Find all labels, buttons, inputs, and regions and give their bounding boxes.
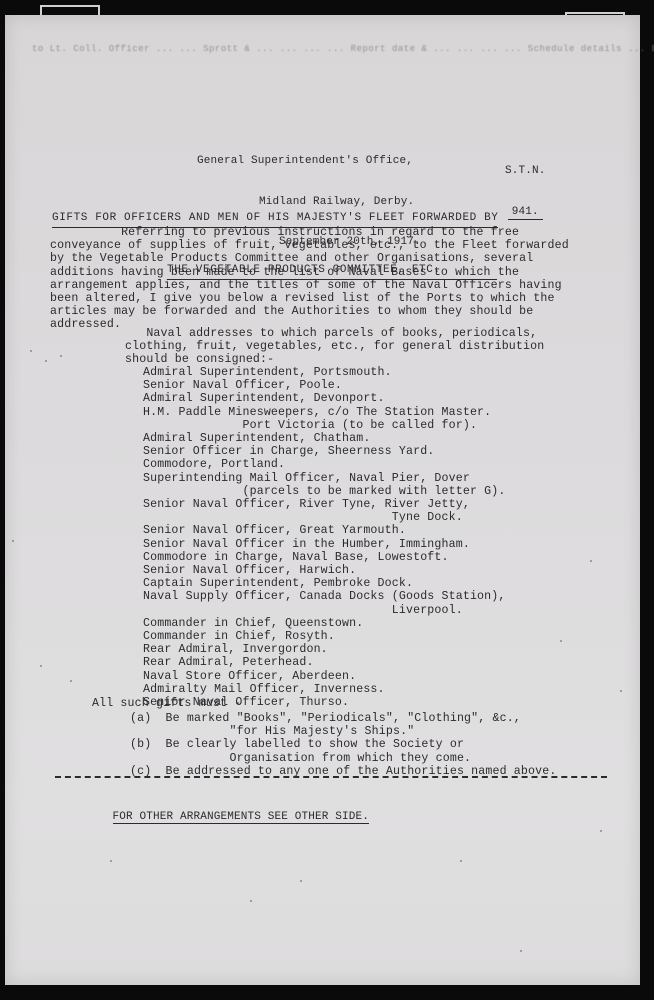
- address-item: Senior Naval Officer, Poole.: [143, 379, 505, 392]
- rule-item: Organisation from which they come.: [130, 752, 556, 765]
- address-item: H.M. Paddle Minesweepers, c/o The Statio…: [143, 406, 505, 419]
- rule-item: "for His Majesty's Ships.": [130, 725, 556, 738]
- intro-line: Naval addresses to which parcels of book…: [125, 327, 544, 340]
- reference-label: S.T.N.: [505, 165, 546, 179]
- address-item: Admiralty Mail Officer, Inverness.: [143, 683, 505, 696]
- address-item: (parcels to be marked with letter G).: [143, 485, 505, 498]
- paper-speck: [30, 350, 32, 352]
- reference-number: 941.: [508, 206, 543, 221]
- address-item: Commander in Chief, Queenstown.: [143, 617, 505, 630]
- rule-item: (a) Be marked "Books", "Periodicals", "C…: [130, 712, 556, 725]
- office-line: General Superintendent's Office,: [197, 155, 421, 169]
- paper-speck: [480, 300, 482, 302]
- gifts-heading: All such gifts must -: [92, 697, 241, 710]
- intro-line: clothing, fruit, vegetables, etc., for g…: [125, 340, 544, 353]
- paragraph-line: conveyance of supplies of fruit, vegetab…: [50, 239, 569, 252]
- address-item: Captain Superintendent, Pembroke Dock.: [143, 577, 505, 590]
- paper-speck: [40, 665, 42, 667]
- paper-speck: [520, 950, 522, 952]
- paragraph-line: Referring to previous instructions in re…: [50, 226, 569, 239]
- address-item: Superintending Mail Officer, Naval Pier,…: [143, 472, 505, 485]
- rule-item: (b) Be clearly labelled to show the Soci…: [130, 738, 556, 751]
- address-item: Port Victoria (to be called for).: [143, 419, 505, 432]
- paper-speck: [590, 560, 592, 562]
- paragraph-line: articles may be forwarded and the Author…: [50, 305, 569, 318]
- paragraph-line: been altered, I give you below a revised…: [50, 292, 569, 305]
- address-item: Admiral Superintendent, Chatham.: [143, 432, 505, 445]
- paper-speck: [12, 540, 14, 542]
- address-item: Admiral Superintendent, Portsmouth.: [143, 366, 505, 379]
- address-item: Tyne Dock.: [143, 511, 505, 524]
- address-item: Senior Naval Officer, River Tyne, River …: [143, 498, 505, 511]
- address-list: Admiral Superintendent, Portsmouth.Senio…: [143, 366, 505, 709]
- paper-speck: [620, 690, 622, 692]
- address-item: Rear Admiral, Peterhead.: [143, 656, 505, 669]
- paper-speck: [70, 680, 72, 682]
- address-item: Commodore, Portland.: [143, 458, 505, 471]
- address-item: Senior Naval Officer, Great Yarmouth.: [143, 524, 505, 537]
- address-item: Senior Officer in Charge, Sheerness Yard…: [143, 445, 505, 458]
- addresses-intro: Naval addresses to which parcels of book…: [125, 327, 544, 367]
- address-item: Naval Supply Officer, Canada Docks (Good…: [143, 590, 505, 603]
- intro-line: should be consigned:-: [125, 353, 544, 366]
- footer-text: FOR OTHER ARRANGEMENTS SEE OTHER SIDE.: [113, 811, 370, 824]
- paragraph-line: additions having been made to the list o…: [50, 266, 569, 279]
- address-item: Commander in Chief, Rosyth.: [143, 630, 505, 643]
- paragraph-line: by the Vegetable Products Committee and …: [50, 252, 569, 265]
- address-item: Senior Naval Officer, Harwich.: [143, 564, 505, 577]
- gift-rules-list: (a) Be marked "Books", "Periodicals", "C…: [130, 712, 556, 778]
- address-item: Admiral Superintendent, Devonport.: [143, 392, 505, 405]
- paper-speck: [45, 360, 47, 362]
- paragraph-line: arrangement applies, and the titles of s…: [50, 279, 569, 292]
- paper-speck: [110, 860, 112, 862]
- paper-speck: [600, 830, 602, 832]
- footer-note: FOR OTHER ARRANGEMENTS SEE OTHER SIDE.: [99, 798, 369, 824]
- address-item: Senior Naval Officer in the Humber, Immi…: [143, 538, 505, 551]
- dashed-divider: [55, 776, 607, 778]
- paper-speck: [560, 640, 562, 642]
- address-item: Liverpool.: [143, 604, 505, 617]
- address-item: Naval Store Officer, Aberdeen.: [143, 670, 505, 683]
- address-item: Commodore in Charge, Naval Base, Lowesto…: [143, 551, 505, 564]
- paper-speck: [60, 355, 62, 357]
- paper-speck: [250, 900, 252, 902]
- bleed-through-text: to Lt. Coll. Officer ... ... Sprott & ..…: [32, 44, 612, 54]
- body-paragraph: Referring to previous instructions in re…: [50, 226, 569, 332]
- paper-speck: [300, 880, 302, 882]
- address-item: Rear Admiral, Invergordon.: [143, 643, 505, 656]
- reference-block: S.T.N. 941.: [505, 138, 546, 234]
- paper-speck: [350, 330, 352, 332]
- paper-speck: [460, 860, 462, 862]
